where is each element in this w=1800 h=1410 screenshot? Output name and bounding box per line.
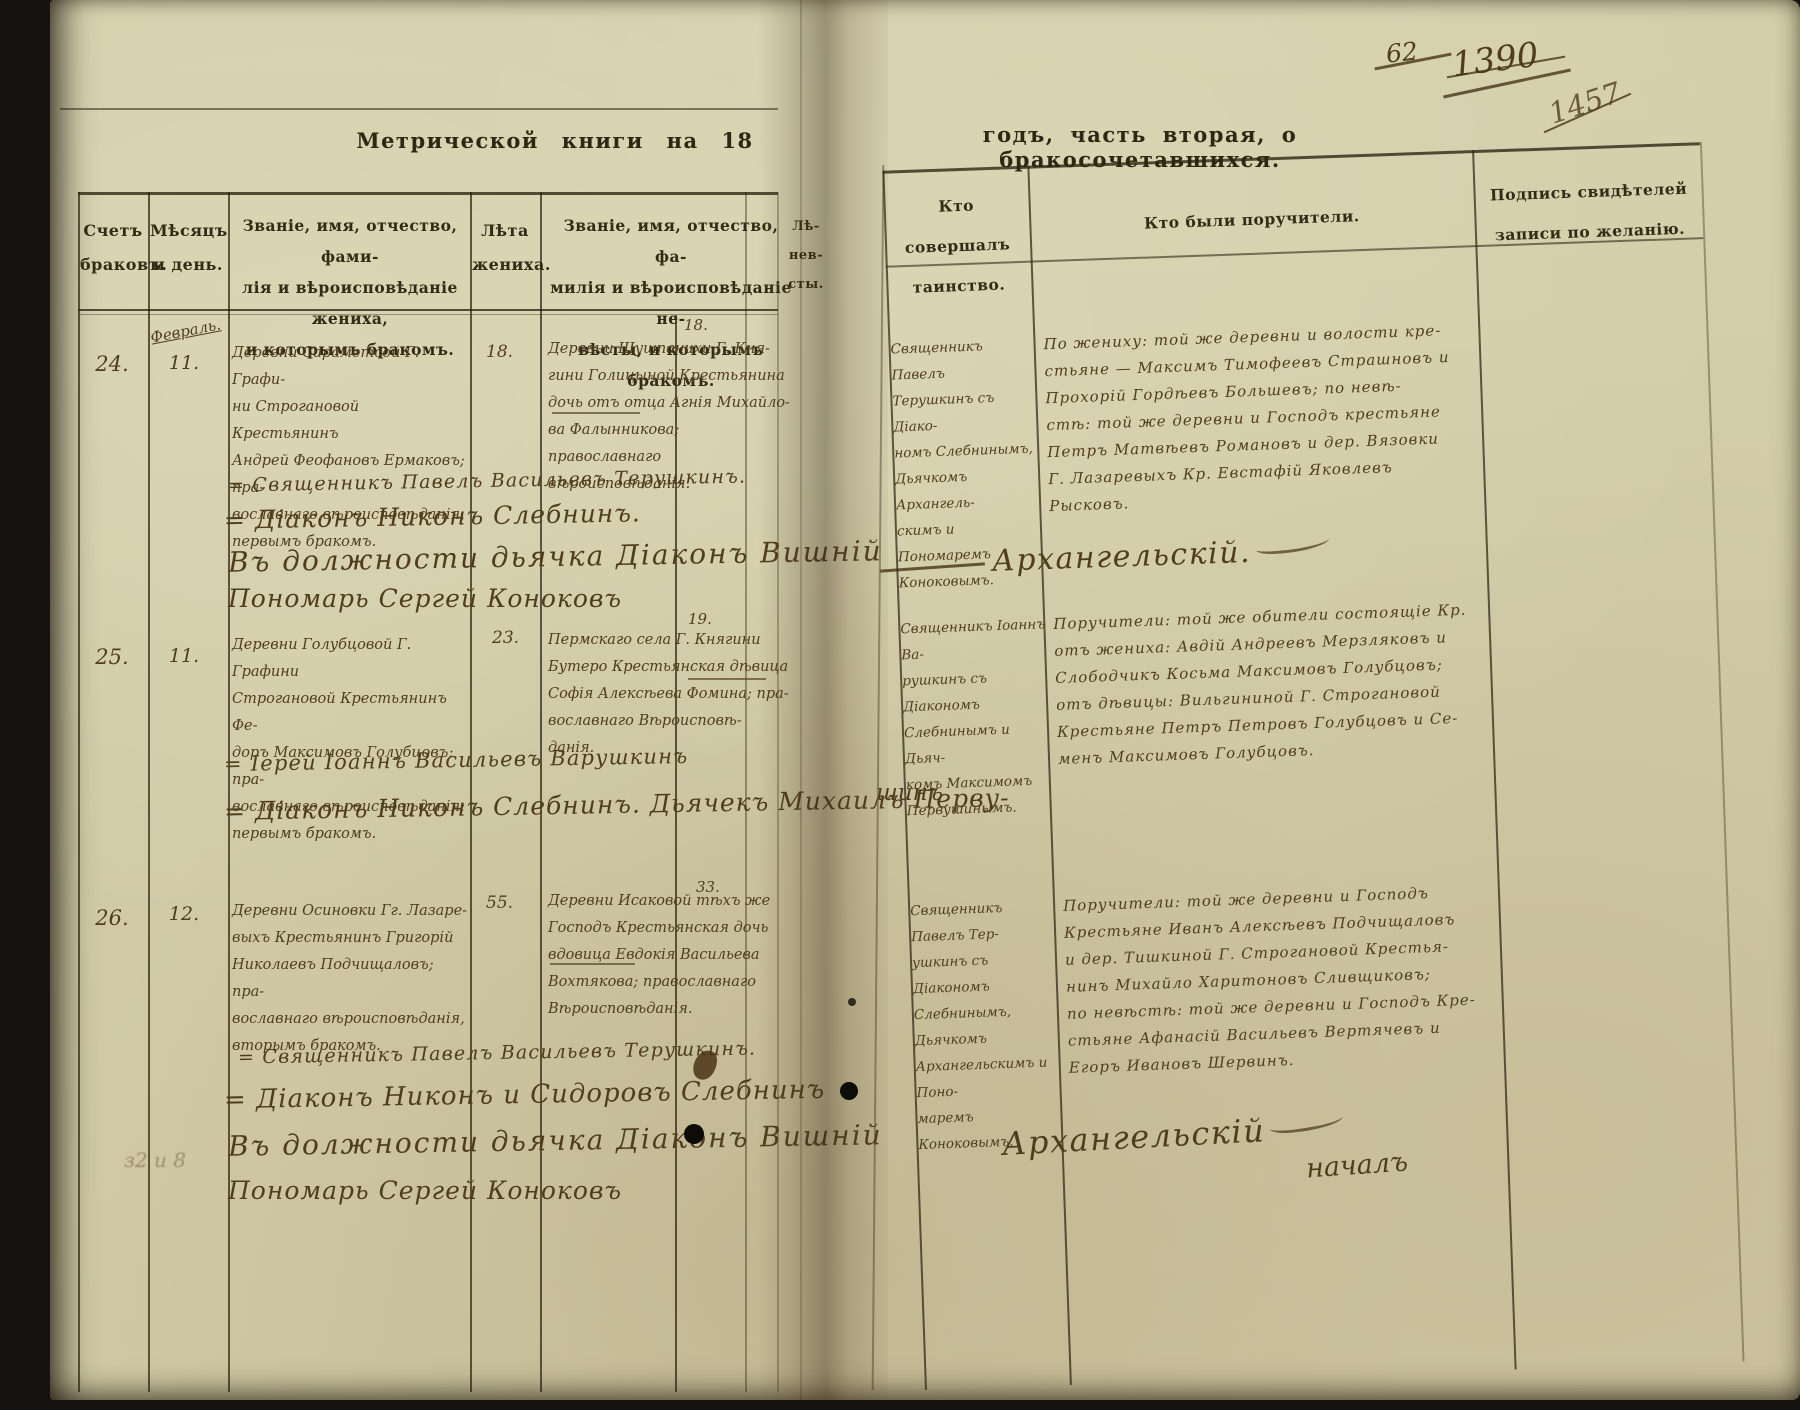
margin-smudge: з2 и 8 — [124, 1148, 186, 1172]
bride-age: 19. — [688, 610, 712, 628]
clergy-line: Пономарь Сергей Коноковъ — [228, 584, 622, 613]
entry-number: 26. — [86, 906, 138, 930]
page-title-left: Метрической книги на 18 — [330, 128, 780, 153]
right-page-table: Кто совершалътаинство. Кто были поручите… — [855, 72, 1760, 1401]
table-line — [148, 192, 150, 1392]
table-line — [78, 192, 80, 1392]
header-signature-of-witnesses: Подпись свидѣтелейзаписи по желанію. — [1478, 168, 1701, 256]
bride-description: Деревни Исаковой тѣхъ жеГосподъ Крестьян… — [548, 888, 790, 1023]
groom-age: 23. — [492, 628, 519, 648]
bride-age: 18. — [684, 316, 708, 334]
entry-day: 12. — [156, 903, 212, 925]
punch-hole — [684, 1124, 704, 1144]
witnesses-entry: Поручители: той же деревни и ГосподъКрес… — [1063, 877, 1521, 1082]
header-witnesses: Кто были поручители. — [1034, 202, 1469, 236]
punch-hole — [848, 998, 856, 1006]
groom-age: 55. — [486, 893, 513, 913]
page-rule — [60, 108, 778, 110]
underline-mark — [550, 963, 635, 965]
groom-age: 18. — [486, 342, 513, 362]
table-line — [882, 142, 1700, 174]
header-groom-age: Лѣтажениха. — [472, 214, 538, 282]
clergy-line: Пономарь Сергей Коноковъ — [228, 1176, 622, 1205]
bride-description: Пермскаго села Г. КнягиниБутеро Крестьян… — [548, 627, 790, 762]
underline-mark — [552, 412, 640, 414]
entry-number: 24. — [86, 352, 138, 376]
scanned-register-spread: Метрической книги на 18 годъ, часть втор… — [0, 0, 1800, 1410]
header-month-and-day: Мѣсяцъи день. — [150, 214, 226, 282]
header-bride-age: Лѣ-нев-сты. — [782, 212, 830, 299]
fold-line — [800, 0, 802, 1400]
header-count-of-marriages: Счетъбраковъ. — [80, 214, 146, 282]
header-officiant: Кто совершалътаинство. — [888, 184, 1027, 309]
witnesses-entry: Поручители: той же обители состоящіе Кр.… — [1053, 596, 1503, 773]
entry-day: 11. — [156, 352, 212, 374]
entry-day: 11. — [156, 645, 212, 667]
underline-mark — [688, 678, 766, 680]
officiant-entry: Священникъ Павелъ Тер-ушкинъ съ Діаконом… — [910, 893, 1067, 1158]
punch-hole — [840, 1082, 858, 1100]
table-line — [78, 192, 778, 195]
bride-age: 33. — [696, 878, 720, 896]
table-line — [228, 192, 230, 1392]
groom-description: Деревни Осиновки Гг. Лазаре-выхъ Крестья… — [232, 898, 469, 1060]
entry-number: 25. — [86, 645, 138, 669]
witnesses-entry: По жениху: той же деревни и волости кре-… — [1043, 316, 1494, 520]
clergy-line-continuation: шинъ — [876, 780, 943, 806]
